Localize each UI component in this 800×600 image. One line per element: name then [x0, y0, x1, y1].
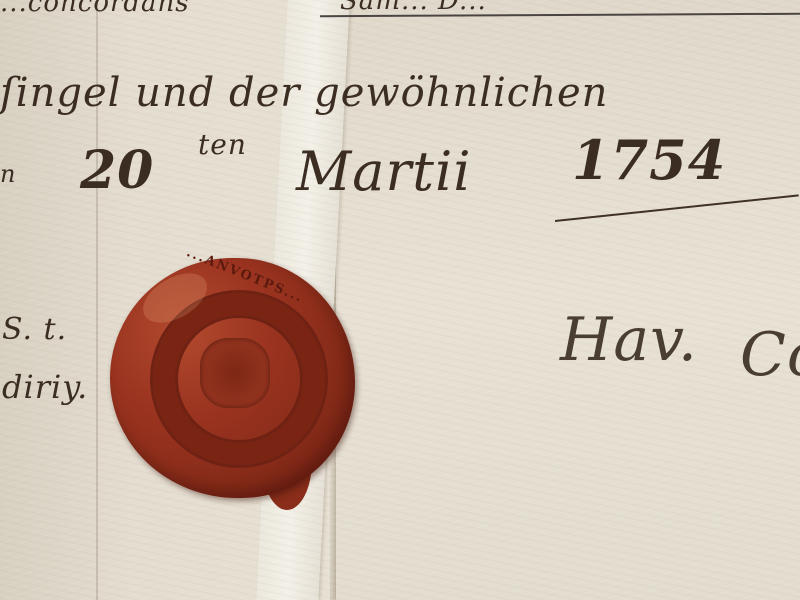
- date-day-suffix: ten: [198, 128, 247, 161]
- signature: Hav.: [560, 305, 698, 375]
- top-line-fragment: ...concordans: [0, 0, 190, 18]
- date-month: Martii: [296, 140, 472, 203]
- seal-emblem-icon: [200, 338, 270, 408]
- date-prefix: n: [0, 160, 16, 188]
- signature-2: Co: [740, 320, 800, 390]
- handwritten-line-2: ſingel und der gewöhnlichen: [0, 70, 608, 116]
- top-right-fragment: Sam... D...: [340, 0, 487, 16]
- margin-note-1: S. t.: [2, 312, 67, 347]
- margin-note-2: diriy.: [2, 368, 88, 406]
- date-year: 1754: [572, 128, 726, 192]
- date-day: 20: [80, 140, 154, 201]
- wax-seal: ...ANVOTPS...: [110, 258, 355, 498]
- document-photo: ...concordans Sam... D... ſingel und der…: [0, 0, 800, 600]
